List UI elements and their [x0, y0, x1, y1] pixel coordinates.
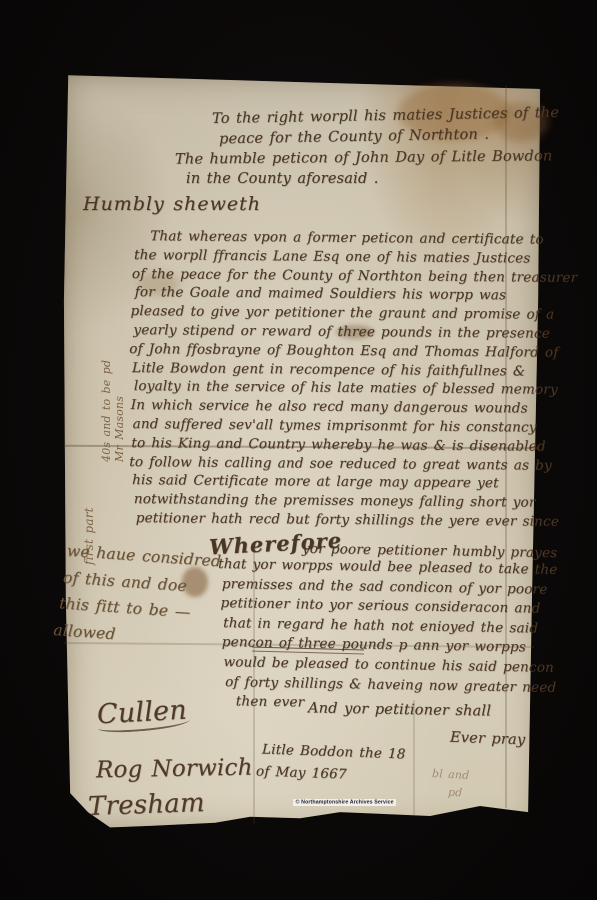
closing-line-1: And yor petitioner shall — [308, 700, 491, 719]
salutation: Humbly sheweth — [83, 193, 261, 215]
petition-title-line-1: The humble peticon of John Day of Litle … — [175, 148, 553, 167]
side-note-upper-line: Mr Masons — [113, 227, 126, 462]
photo-background: To the right worpll his maties Justices … — [0, 0, 597, 900]
dateline-date: of May 1667 — [256, 763, 347, 782]
signature-tresham: Tresham — [88, 788, 206, 822]
side-note-upper-line: 40s and to be pd — [100, 227, 113, 462]
body-paragraph: That whereas vpon a former peticon and c… — [130, 227, 578, 532]
archive-watermark: © Northamptonshire Archives Service — [293, 799, 396, 806]
faint-note-2: pd — [448, 786, 463, 800]
petition-title-line-2: in the County aforesaid . — [186, 171, 379, 187]
signature-norwich: Rog Norwich — [96, 755, 253, 784]
closing-line-2: Ever pray — [450, 730, 526, 749]
prayer-paragraph: that yor worpps would bee pleased to tak… — [220, 555, 559, 718]
side-note-upper: 40s and to be pd Mr Masons — [100, 227, 126, 462]
body-line: petitioner hath recd but forty shillings… — [136, 509, 576, 532]
faint-note-1: bl and — [432, 767, 470, 782]
approval-note: we haue considred of this and doe this f… — [60, 538, 221, 655]
